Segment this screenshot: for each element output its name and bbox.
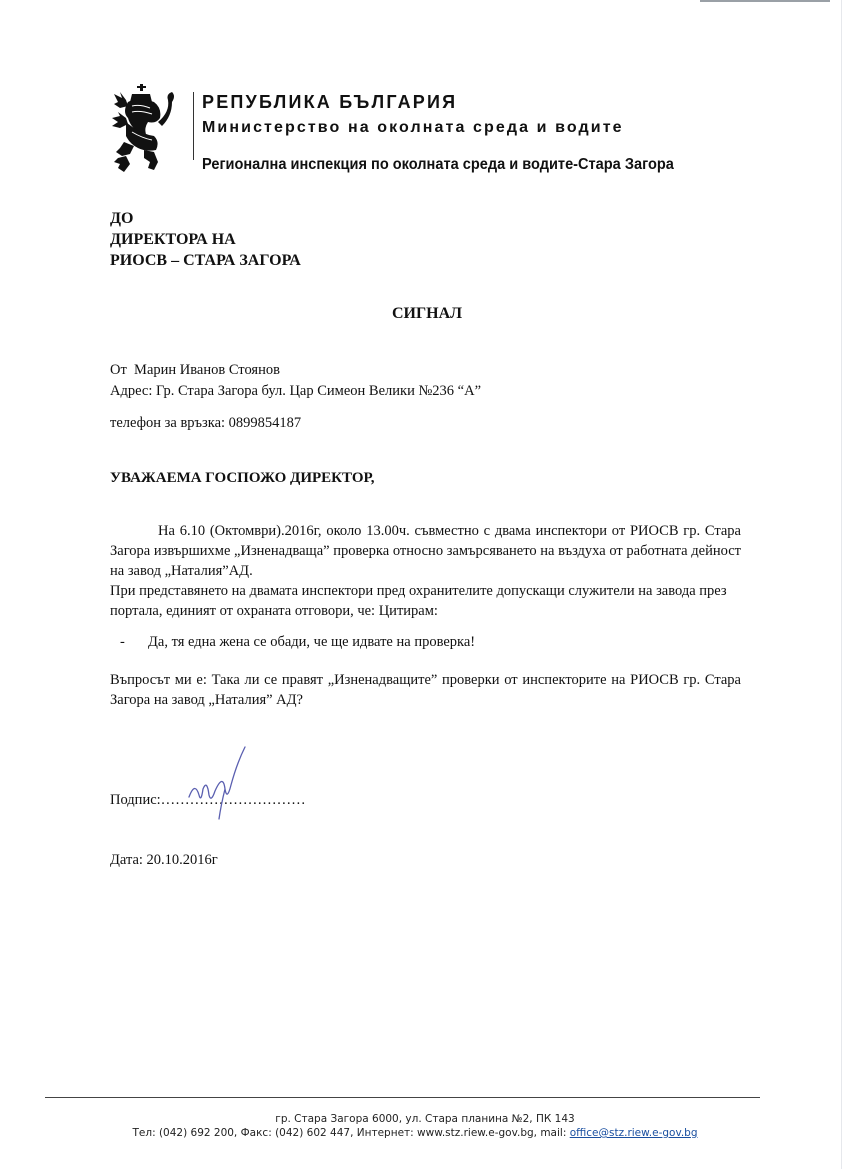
letterhead: РЕПУБЛИКА БЪЛГАРИЯ Министерство на околн…: [110, 82, 770, 182]
quoted-statement: - Да, тя една жена се обади, че ще идват…: [110, 634, 475, 651]
body-paragraph-3: Въпросът ми е: Така ли се правят „Изнена…: [110, 670, 741, 710]
sender-name: От Марин Иванов Стоянов: [110, 360, 481, 381]
body-paragraph-2: При представянето на двамата инспектори …: [110, 581, 741, 621]
addressee-line-2: ДИРЕКТОРА НА: [110, 229, 301, 250]
salutation: УВАЖАЕМА ГОСПОЖО ДИРЕКТОР,: [110, 470, 375, 487]
scan-edge-top: [700, 0, 830, 2]
dash-bullet: -: [110, 634, 148, 651]
letterhead-divider: [193, 92, 194, 160]
footer-address: гр. Стара Загора 6000, ул. Стара планина…: [0, 1112, 850, 1126]
scan-edge-right: [841, 0, 842, 1169]
letterhead-ministry: Министерство на околната среда и водите: [202, 119, 624, 137]
addressee-block: ДО ДИРЕКТОРА НА РИОСВ – СТАРА ЗАГОРА: [110, 208, 301, 271]
footer: гр. Стара Загора 6000, ул. Стара планина…: [0, 1112, 850, 1140]
footer-contact-details: Тел: (042) 692 200, Факс: (042) 602 447,…: [132, 1127, 569, 1139]
document-date: Дата: 20.10.2016г: [110, 852, 218, 869]
sender-block: От Марин Иванов Стоянов Адрес: Гр. Стара…: [110, 360, 481, 402]
letterhead-country: РЕПУБЛИКА БЪЛГАРИЯ: [202, 92, 457, 113]
footer-contacts: Тел: (042) 692 200, Факс: (042) 602 447,…: [0, 1126, 850, 1140]
addressee-line-3: РИОСВ – СТАРА ЗАГОРА: [110, 250, 301, 271]
handwritten-signature-icon: [185, 745, 255, 820]
footer-email-link[interactable]: office@stz.riew.e-gov.bg: [570, 1127, 698, 1139]
bulgarian-lion-coat-of-arms-icon: [110, 82, 178, 174]
sender-address: Адрес: Гр. Стара Загора бул. Цар Симеон …: [110, 381, 481, 402]
addressee-line-1: ДО: [110, 208, 301, 229]
quote-text: Да, тя една жена се обади, че ще идвате …: [148, 634, 475, 651]
letterhead-regional-inspectorate: Регионална инспекция по околната среда и…: [202, 156, 674, 174]
body-paragraph-1: На 6.10 (Октомври).2016г, около 13.00ч. …: [110, 521, 741, 581]
footer-divider: [45, 1097, 760, 1098]
sender-phone: телефон за връзка: 0899854187: [110, 415, 301, 432]
document-title: СИГНАЛ: [0, 305, 850, 323]
